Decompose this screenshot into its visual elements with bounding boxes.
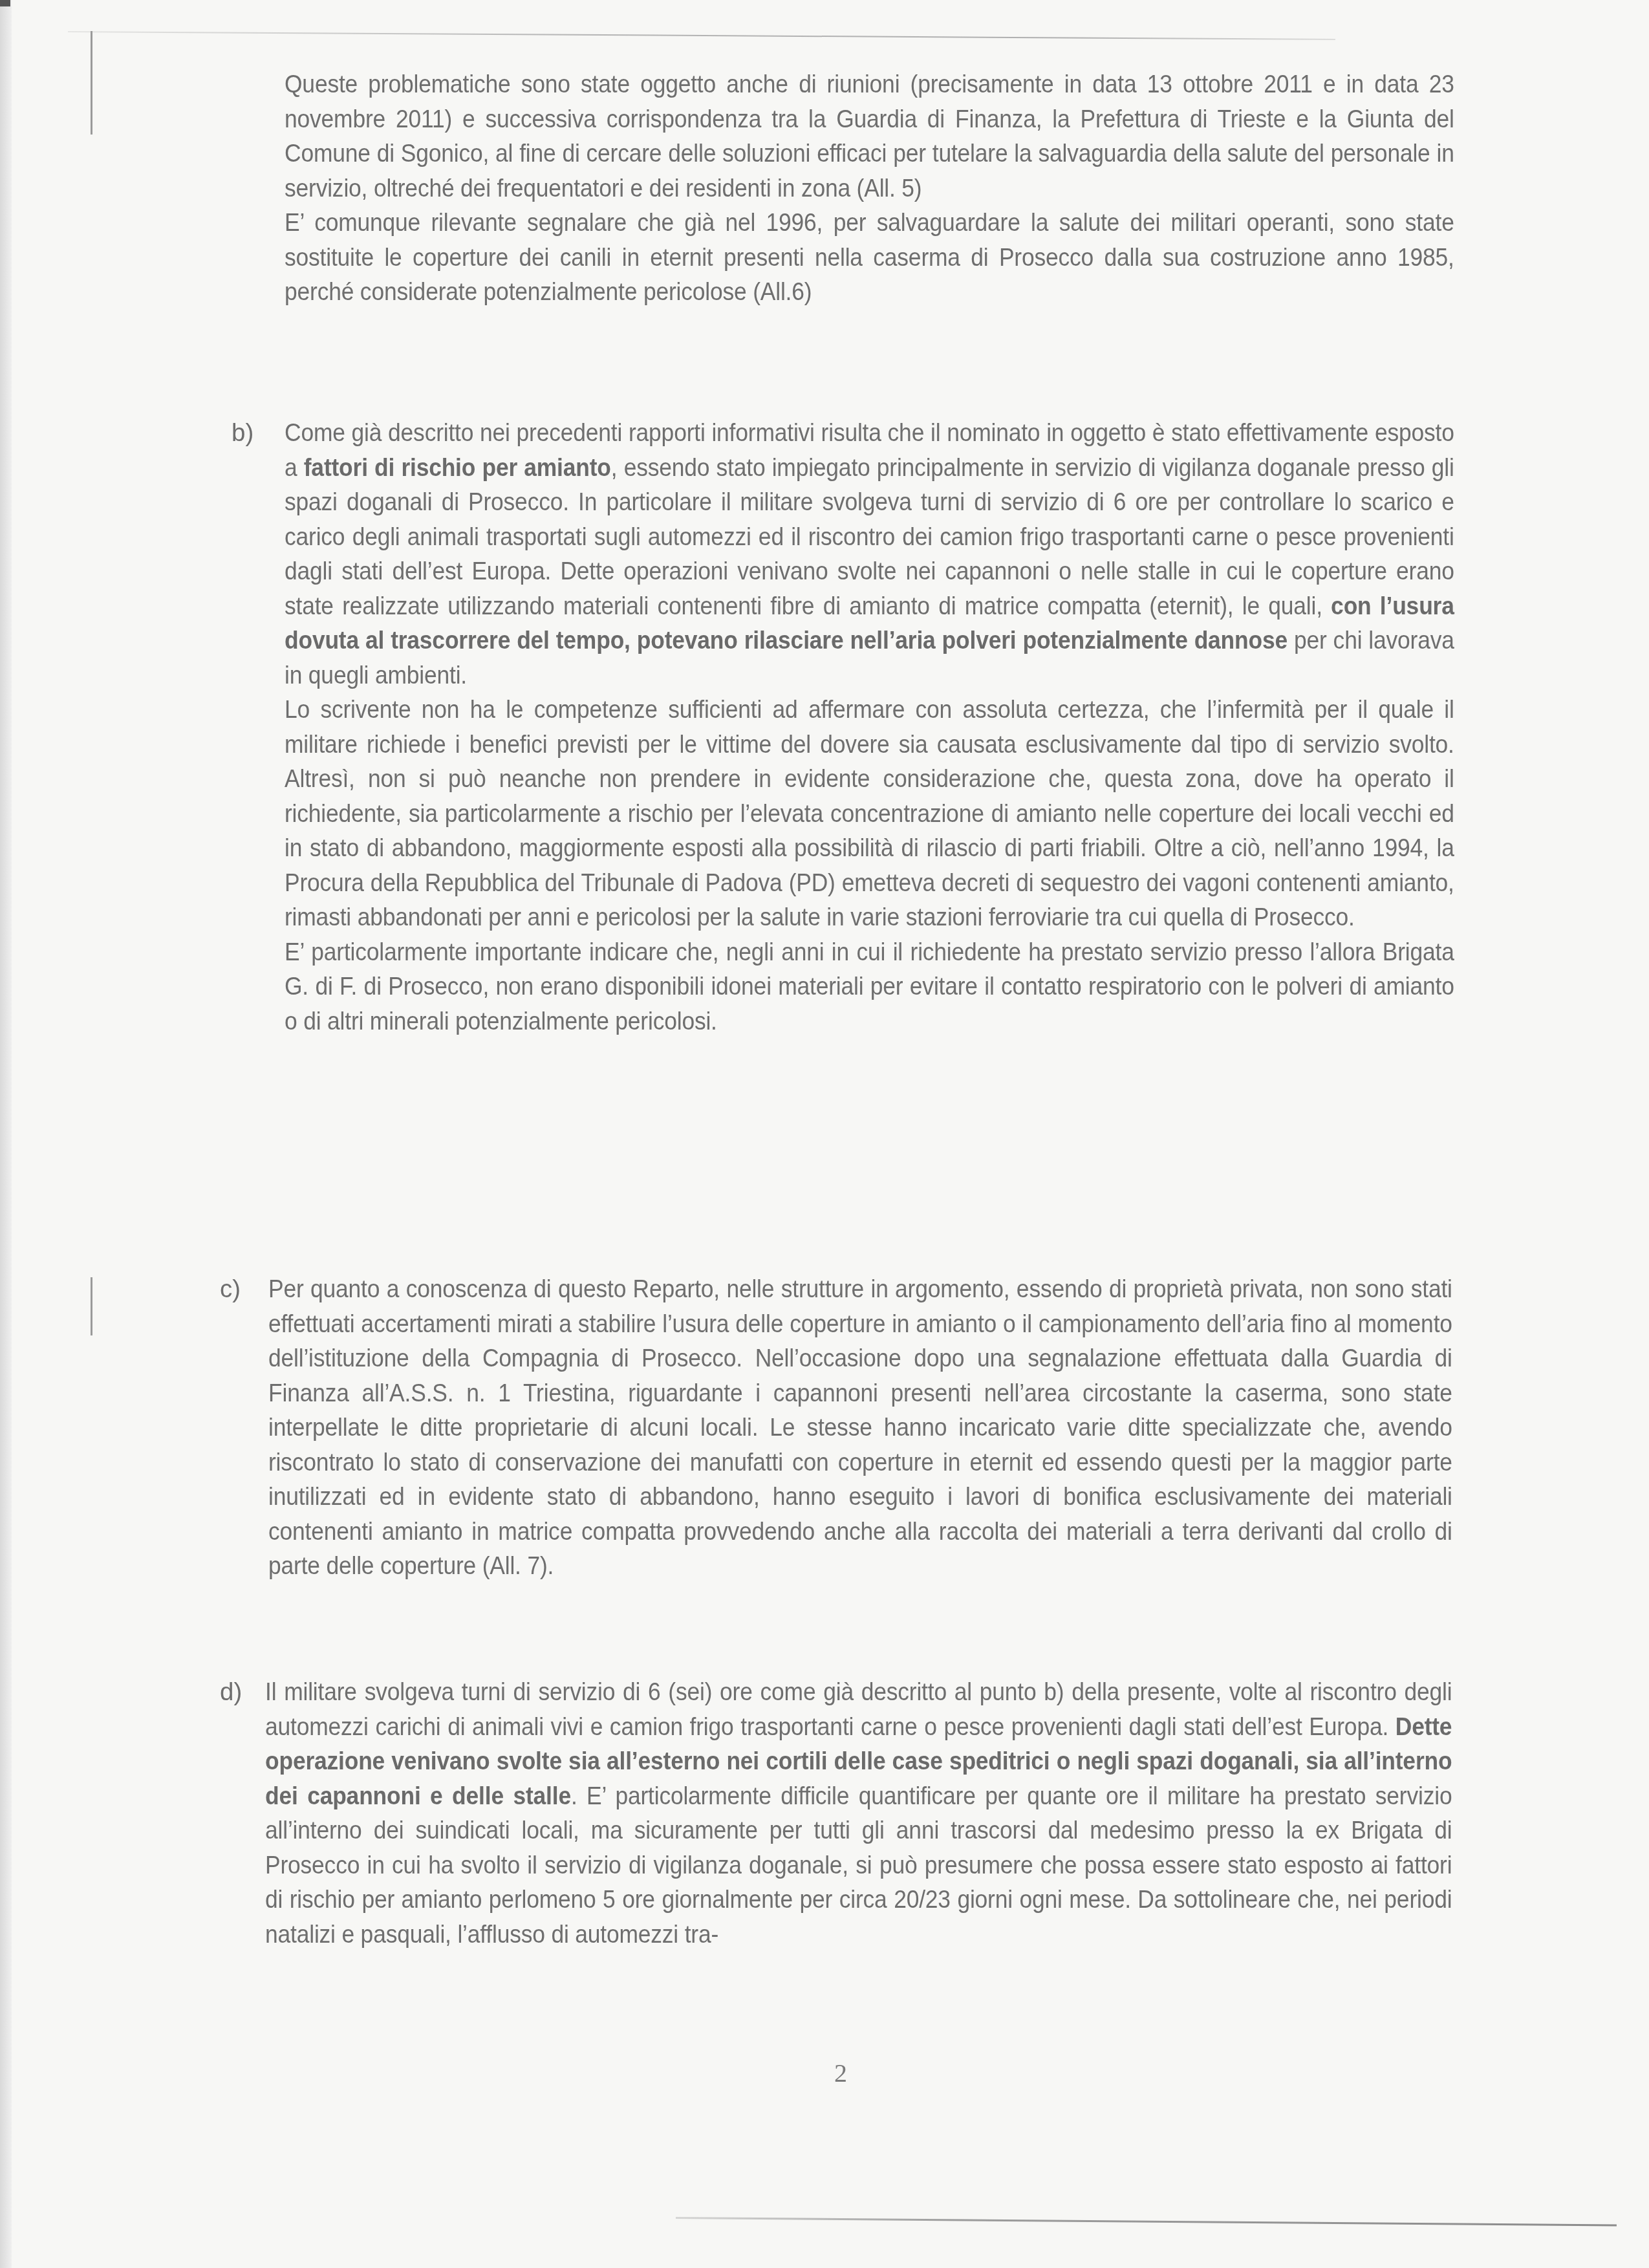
item-d-paragraph-1: Il militare svolgeva turni di servizio d… [265, 1675, 1452, 1952]
item-d-section: Il militare svolgeva turni di servizio d… [265, 1675, 1452, 1952]
scan-edge [0, 0, 12, 2268]
bold-text-run: fattori di rischio per amianto [304, 454, 611, 482]
intro-section: Queste problematiche sono state oggetto … [285, 67, 1454, 310]
item-label-c: c) [220, 1272, 241, 1307]
footer-rule [676, 2217, 1617, 2226]
item-c-paragraph-1: Per quanto a conoscenza di questo Repart… [268, 1272, 1452, 1584]
page-number: 2 [834, 2058, 847, 2088]
intro-paragraph-1: Queste problematiche sono state oggetto … [285, 67, 1454, 206]
item-b-paragraph-3: E’ particolarmente importante indicare c… [285, 935, 1454, 1039]
item-c-section: Per quanto a conoscenza di questo Repart… [268, 1272, 1452, 1584]
scan-corner-mark [0, 0, 10, 6]
margin-mark [91, 1277, 92, 1335]
item-label-b: b) [232, 416, 253, 451]
text-run: Il militare svolgeva turni di servizio d… [265, 1678, 1452, 1741]
margin-mark [91, 31, 92, 135]
intro-paragraph-2: E’ comunque rilevante segnalare che già … [285, 206, 1454, 310]
header-rule [68, 31, 1335, 40]
item-b-section: Come già descritto nei precedenti rappor… [285, 416, 1454, 1039]
item-label-d: d) [220, 1675, 242, 1710]
item-b-paragraph-2: Lo scrivente non ha le competenze suffic… [285, 693, 1454, 935]
item-b-paragraph-1: Come già descritto nei precedenti rappor… [285, 416, 1454, 693]
